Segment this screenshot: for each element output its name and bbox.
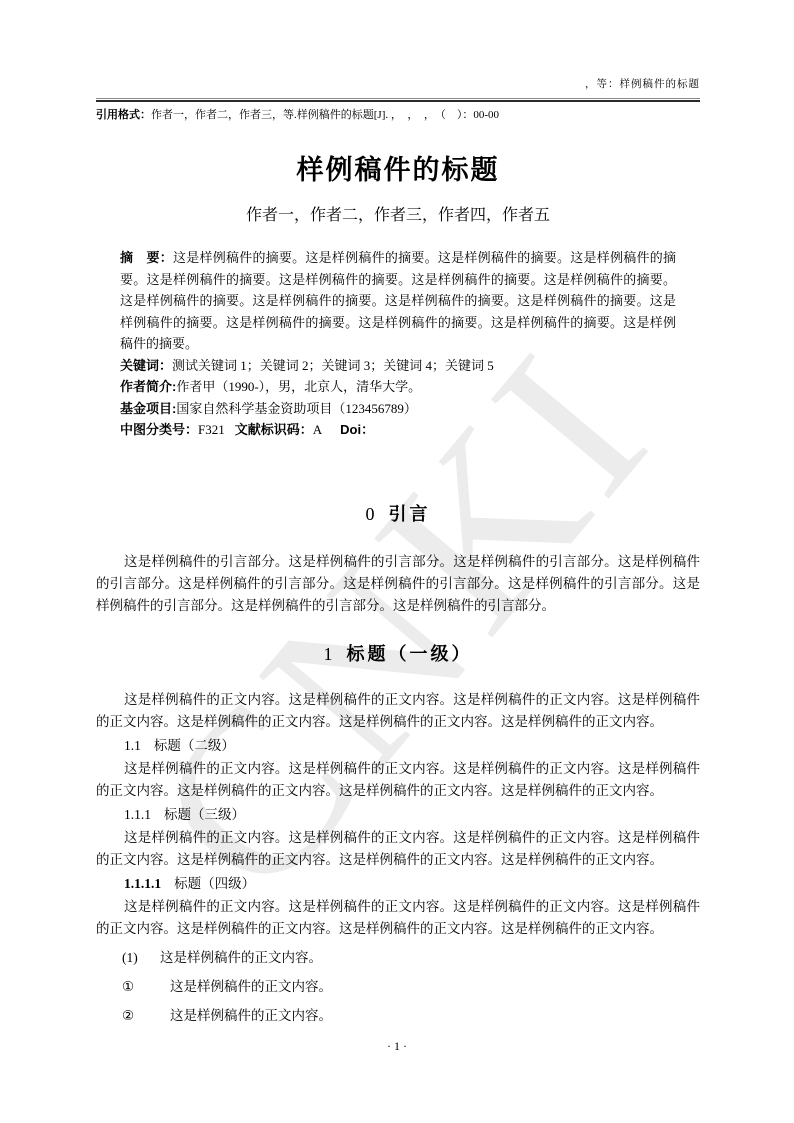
list-marker: (1): [122, 947, 160, 969]
author-bio-line: 作者简介:作者甲（1990-），男，北京人，清华大学。: [120, 376, 676, 398]
meta-block: 摘 要：这是样例稿件的摘要。这是样例稿件的摘要。这是样例稿件的摘要。这是样例稿件…: [120, 247, 676, 441]
author-bio-label: 作者简介:: [120, 379, 176, 394]
doccode-value: A: [313, 422, 322, 437]
subsection-number: 1.1: [124, 735, 141, 757]
body-paragraph-2: 这是样例稿件的正文内容。这是样例稿件的正文内容。这是样例稿件的正文内容。这是样例…: [96, 758, 700, 802]
list-text: 这是样例稿件的正文内容。: [160, 950, 322, 965]
list-item: ②这是样例稿件的正文内容。: [96, 1005, 700, 1027]
author-bio-text: 作者甲（1990-），男，北京人，清华大学。: [176, 379, 421, 394]
clc-value: F321: [198, 422, 225, 437]
subsection-heading-1-1-1-1: 1.1.1.1标题（四级）: [96, 873, 700, 895]
body-paragraph-3: 这是样例稿件的正文内容。这是样例稿件的正文内容。这是样例稿件的正文内容。这是样例…: [96, 827, 700, 871]
subsection-title: 标题（二级）: [154, 738, 235, 753]
body-paragraph-1: 这是样例稿件的正文内容。这是样例稿件的正文内容。这是样例稿件的正文内容。这是样例…: [96, 689, 700, 733]
list-marker: ①: [122, 976, 170, 998]
page-content: ，等：样例稿件的标题 引用格式：作者一，作者二，作者三，等.样例稿件的标题[J]…: [0, 0, 794, 1027]
section-number: 1: [324, 644, 333, 664]
subsection-title: 标题（四级）: [174, 876, 255, 891]
header-rule: [96, 98, 700, 102]
subsection-number: 1.1.1.1: [124, 873, 161, 895]
fund-line: 基金项目:国家自然科学基金资助项目（123456789）: [120, 398, 676, 420]
running-head: ，等：样例稿件的标题: [96, 78, 700, 91]
subsection-heading-1-1: 1.1标题（二级）: [96, 735, 700, 757]
section-heading-intro: 0引言: [96, 503, 700, 525]
page-number: · 1 ·: [0, 1038, 794, 1054]
keywords-label: 关键词：: [120, 358, 172, 373]
keywords-text: 测试关键词 1；关键词 2；关键词 3；关键词 4；关键词 5: [172, 358, 494, 373]
section-title: 标题（一级）: [347, 644, 473, 664]
body-paragraph-4: 这是样例稿件的正文内容。这是样例稿件的正文内容。这是样例稿件的正文内容。这是样例…: [96, 896, 700, 940]
article-title: 样例稿件的标题: [96, 153, 700, 187]
list-text: 这是样例稿件的正文内容。: [170, 979, 332, 994]
clc-label: 中图分类号：: [120, 422, 198, 437]
abstract-text: 这是样例稿件的摘要。这是样例稿件的摘要。这是样例稿件的摘要。这是样例稿件的摘要。…: [120, 250, 676, 351]
subsection-heading-1-1-1: 1.1.1标题（三级）: [96, 804, 700, 826]
keywords-line: 关键词：测试关键词 1；关键词 2；关键词 3；关键词 4；关键词 5: [120, 355, 676, 377]
abstract-paragraph: 摘 要：这是样例稿件的摘要。这是样例稿件的摘要。这是样例稿件的摘要。这是样例稿件…: [120, 247, 676, 355]
list-text: 这是样例稿件的正文内容。: [170, 1008, 332, 1023]
intro-paragraph: 这是样例稿件的引言部分。这是样例稿件的引言部分。这是样例稿件的引言部分。这是样例…: [96, 551, 700, 617]
citation-label: 引用格式：: [96, 109, 151, 121]
document-page: CNKI ，等：样例稿件的标题 引用格式：作者一，作者二，作者三，等.样例稿件的…: [0, 0, 794, 1123]
abstract-label: 摘 要：: [120, 250, 173, 265]
doi-label: Doi：: [340, 422, 374, 437]
citation-line: 引用格式：作者一，作者二，作者三，等.样例稿件的标题[J]. ， ， ， （ ）…: [96, 108, 700, 123]
list-marker: ②: [122, 1005, 170, 1027]
clc-line: 中图分类号：F321文献标识码：ADoi：: [120, 419, 676, 441]
section-number: 0: [366, 504, 375, 524]
list-item: ①这是样例稿件的正文内容。: [96, 976, 700, 998]
citation-text: 作者一，作者二，作者三，等.样例稿件的标题[J]. ， ， ， （ ）：00-0…: [151, 109, 499, 121]
fund-text: 国家自然科学基金资助项目（123456789）: [176, 401, 417, 416]
authors-line: 作者一，作者二，作者三，作者四，作者五: [96, 205, 700, 227]
subsection-title: 标题（三级）: [164, 807, 245, 822]
list-item: (1)这是样例稿件的正文内容。: [96, 947, 700, 969]
section-title: 引言: [389, 504, 431, 524]
section-heading-1: 1标题（一级）: [96, 643, 700, 665]
fund-label: 基金项目:: [120, 401, 176, 416]
subsection-number: 1.1.1: [124, 804, 151, 826]
doccode-label: 文献标识码：: [235, 422, 313, 437]
